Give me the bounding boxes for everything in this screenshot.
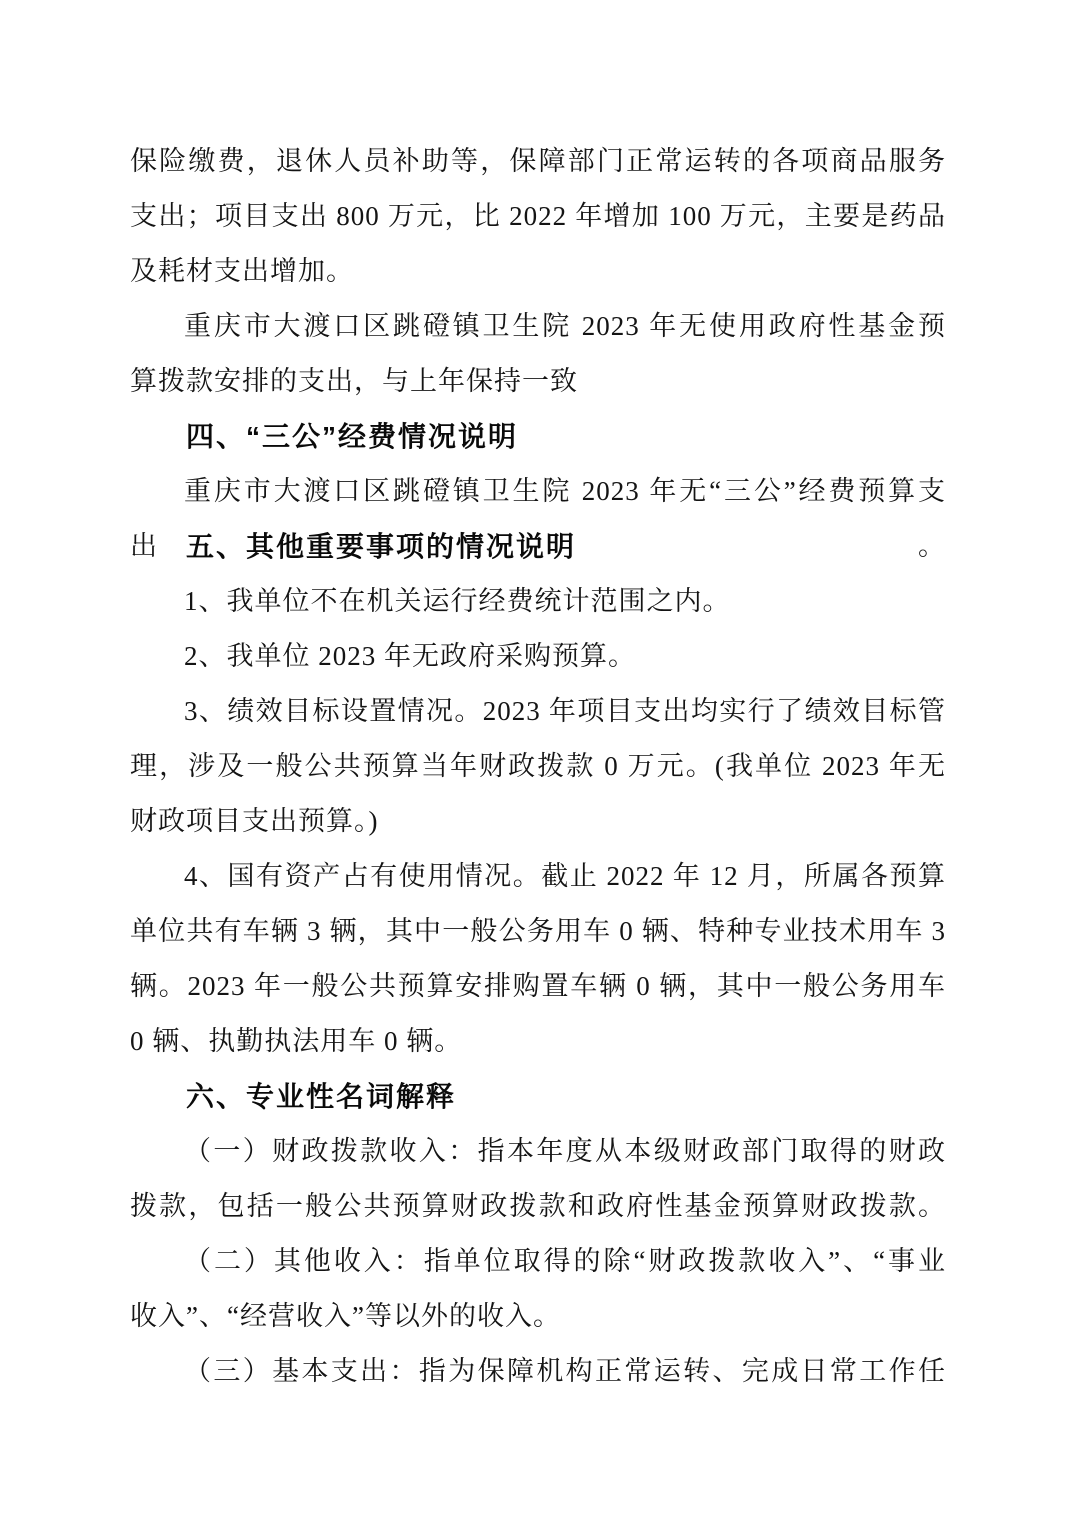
text-line: 3、绩效目标设置情况。2023 年项目支出均实行了绩效目标管: [130, 684, 946, 739]
text-line: 及耗材支出增加。: [130, 244, 946, 299]
text-line: 收入”、“经营收入”等以外的收入。: [130, 1289, 946, 1344]
section-heading: 六、专业性名词解释: [130, 1069, 946, 1124]
text-line: 0 辆、执勤执法用车 0 辆。: [130, 1014, 946, 1069]
text-line: 拨款，包括一般公共预算财政拨款和政府性基金预算财政拨款。: [130, 1179, 946, 1234]
text-line: 重庆市大渡口区跳磴镇卫生院 2023 年无“三公”经费预算支出。: [130, 464, 946, 519]
text-line: 保险缴费，退休人员补助等，保障部门正常运转的各项商品服务: [130, 134, 946, 189]
text-line: 理，涉及一般公共预算当年财政拨款 0 万元。(我单位 2023 年无: [130, 739, 946, 794]
text-line: （三）基本支出：指为保障机构正常运转、完成日常工作任: [130, 1344, 946, 1399]
document-page: 保险缴费，退休人员补助等，保障部门正常运转的各项商品服务支出；项目支出 800 …: [0, 0, 1074, 1520]
text-line: 单位共有车辆 3 辆，其中一般公务用车 0 辆、特种专业技术用车 3: [130, 904, 946, 959]
text-line: 财政项目支出预算。): [130, 794, 946, 849]
document-text-column: 保险缴费，退休人员补助等，保障部门正常运转的各项商品服务支出；项目支出 800 …: [130, 134, 946, 1399]
text-line: （二）其他收入：指单位取得的除“财政拨款收入”、“事业: [130, 1234, 946, 1289]
text-line: 算拨款安排的支出，与上年保持一致: [130, 354, 946, 409]
text-line: 辆。2023 年一般公共预算安排购置车辆 0 辆，其中一般公务用车: [130, 959, 946, 1014]
text-line: 4、国有资产占有使用情况。截止 2022 年 12 月，所属各预算: [130, 849, 946, 904]
text-line: 重庆市大渡口区跳磴镇卫生院 2023 年无使用政府性基金预: [130, 299, 946, 354]
section-heading: 四、“三公”经费情况说明: [130, 409, 946, 464]
text-line: 1、我单位不在机关运行经费统计范围之内。: [130, 574, 946, 629]
text-line: 支出；项目支出 800 万元，比 2022 年增加 100 万元，主要是药品: [130, 189, 946, 244]
text-line: 2、我单位 2023 年无政府采购预算。: [130, 629, 946, 684]
text-line: （一）财政拨款收入：指本年度从本级财政部门取得的财政: [130, 1124, 946, 1179]
